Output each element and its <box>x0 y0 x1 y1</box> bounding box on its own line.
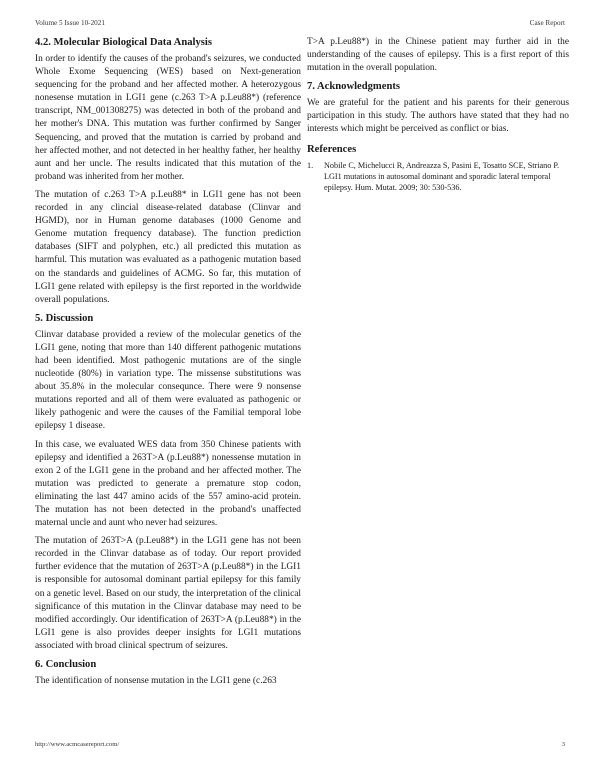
paragraph: The mutation of c.263 T>A p.Leu88* in LG… <box>35 189 301 307</box>
reference-number: 1. <box>307 160 313 171</box>
page-number: 3 <box>562 741 565 748</box>
conclusion-continuation: T>A p.Leu88*) in the Chinese patient may… <box>307 36 569 75</box>
paragraph: In order to identify the causes of the p… <box>35 53 301 184</box>
section-references: References 1. Nobile C, Michelucci R, An… <box>307 143 569 194</box>
paragraph: In this case, we evaluated WES data from… <box>35 439 301 531</box>
section-heading: 6. Conclusion <box>35 658 301 672</box>
section-discussion: 5. Discussion Clinvar database provided … <box>35 312 301 653</box>
left-column: 4.2. Molecular Biological Data Analysis … <box>35 36 301 693</box>
references-heading: References <box>307 143 569 157</box>
paragraph: We are grateful for the patient and his … <box>307 97 569 136</box>
section-heading: 7. Acknowledgments <box>307 80 569 94</box>
paragraph: The mutation of 263T>A (p.Leu88*) in the… <box>35 535 301 653</box>
section-molecular-analysis: 4.2. Molecular Biological Data Analysis … <box>35 36 301 307</box>
paragraph: The identification of nonsense mutation … <box>35 675 301 688</box>
journal-volume: Volume 5 Issue 10-2021 <box>35 19 105 27</box>
reference-text: Nobile C, Michelucci R, Andreazza S, Pas… <box>324 161 559 193</box>
reference-item: 1. Nobile C, Michelucci R, Andreazza S, … <box>307 160 569 194</box>
right-column: T>A p.Leu88*) in the Chinese patient may… <box>307 36 569 194</box>
section-heading: 5. Discussion <box>35 312 301 326</box>
section-conclusion: 6. Conclusion The identification of nons… <box>35 658 301 688</box>
section-heading: 4.2. Molecular Biological Data Analysis <box>35 36 301 50</box>
paragraph: Clinvar database provided a review of th… <box>35 329 301 434</box>
running-header: Volume 5 Issue 10-2021 Case Report <box>35 19 565 31</box>
section-acknowledgments: 7. Acknowledgments We are grateful for t… <box>307 80 569 136</box>
article-type: Case Report <box>530 19 565 27</box>
references-list: 1. Nobile C, Michelucci R, Andreazza S, … <box>307 160 569 194</box>
journal-url-link[interactable]: http://www.acmcasereport.com/ <box>35 741 119 748</box>
